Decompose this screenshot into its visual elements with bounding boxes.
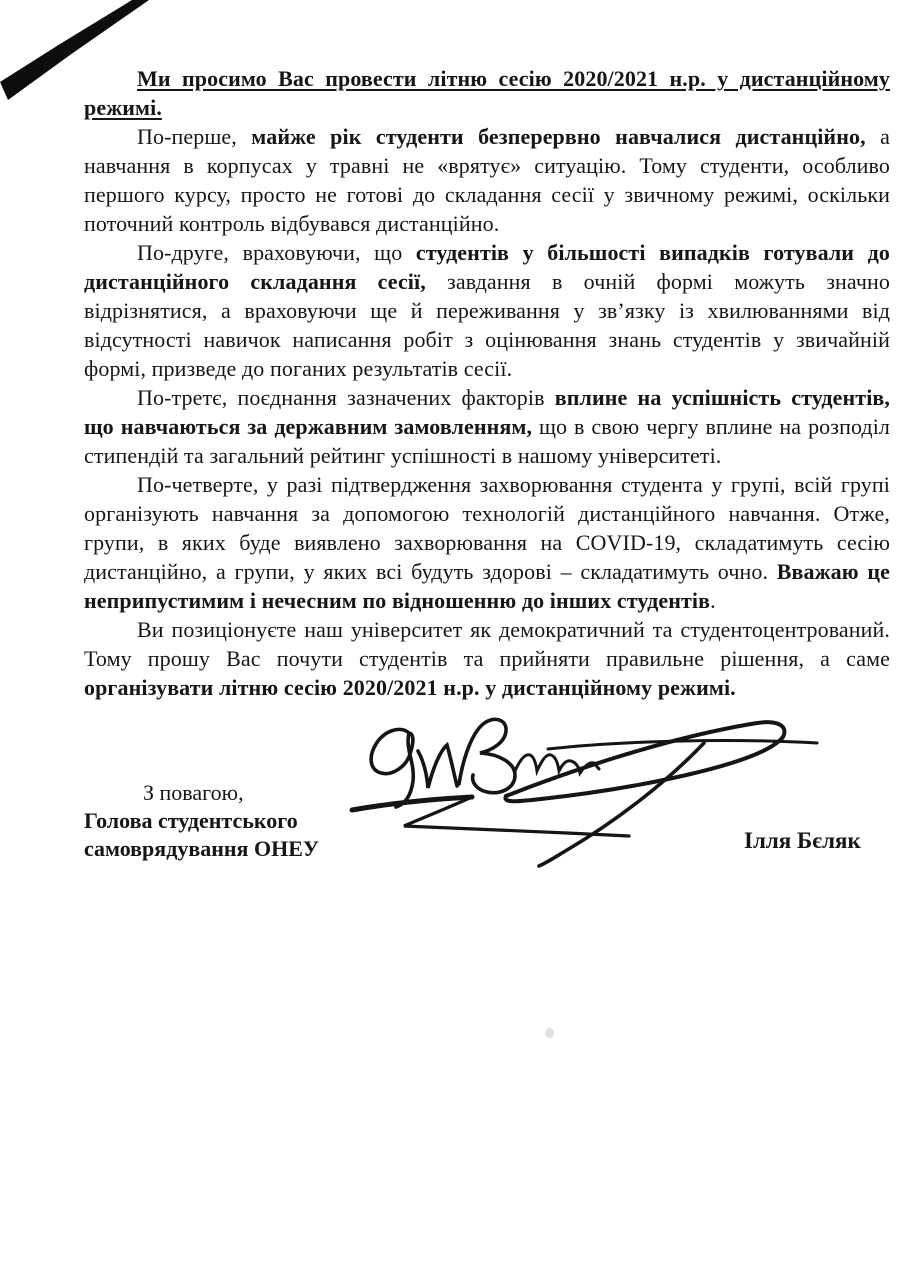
text-line: формі, призведе до поганих результатів с… [84,354,890,383]
text-line: дистанційного складання сесії, завдання … [84,267,890,296]
text-line: неприпустимим і нечесним по відношенню д… [84,586,890,615]
handwritten-signature [330,692,830,887]
text-line: Ми просимо Вас провести літню сесію 2020… [84,64,890,93]
text-line: першого курсу, просто не готові до склад… [84,180,890,209]
text-line: По-друге, враховуючи, що студентів у біл… [84,238,890,267]
scanned-letter-page: Ми просимо Вас провести літню сесію 2020… [0,0,913,1280]
text-line: що навчаються за державним замовленням, … [84,412,890,441]
text-line: відрізнятися, а враховуючи ще й пережива… [84,296,890,325]
text-line: Ви позиціонуєте наш університет як демок… [84,615,890,644]
signer-role-line2: самоврядування ОНЕУ [84,835,319,863]
text-line: групи, в яких буде виявлено захворювання… [84,528,890,557]
signature-stroke [418,745,457,788]
text-line: поточний контроль відбувався дистанційно… [84,209,890,238]
signer-role-line1: Голова студентського [84,807,319,835]
signer-name: Ілля Бєляк [744,828,861,854]
letter-body: Ми просимо Вас провести літню сесію 2020… [84,64,890,702]
text-line: організують навчання за допомогою технол… [84,499,890,528]
signature-block: З повагою, Голова студентського самовряд… [84,779,319,863]
text-line: стипендій та загальний рейтинг успішност… [84,441,890,470]
signature-stroke [505,722,784,801]
closing-salutation: З повагою, [84,779,319,807]
signature-stroke [515,755,599,773]
text-line: дистанційно, а групи, у яких всі будуть … [84,557,890,586]
signature-stroke [371,729,413,807]
text-line: навчання в корпусах у травні не «врятує»… [84,151,890,180]
text-line: По-перше, майже рік студенти безперервно… [84,122,890,151]
text-line: відсутності навичок написання робіт з оц… [84,325,890,354]
text-line: По-третє, поєднання зазначених факторів … [84,383,890,412]
text-line: Тому прошу Вас почути студентів та прийн… [84,644,890,673]
text-line: По-четверте, у разі підтвердження захвор… [84,470,890,499]
text-line: режимі. [84,93,890,122]
scan-speck [545,1028,554,1038]
signature-stroke [459,719,515,792]
signature-stroke [539,743,704,866]
